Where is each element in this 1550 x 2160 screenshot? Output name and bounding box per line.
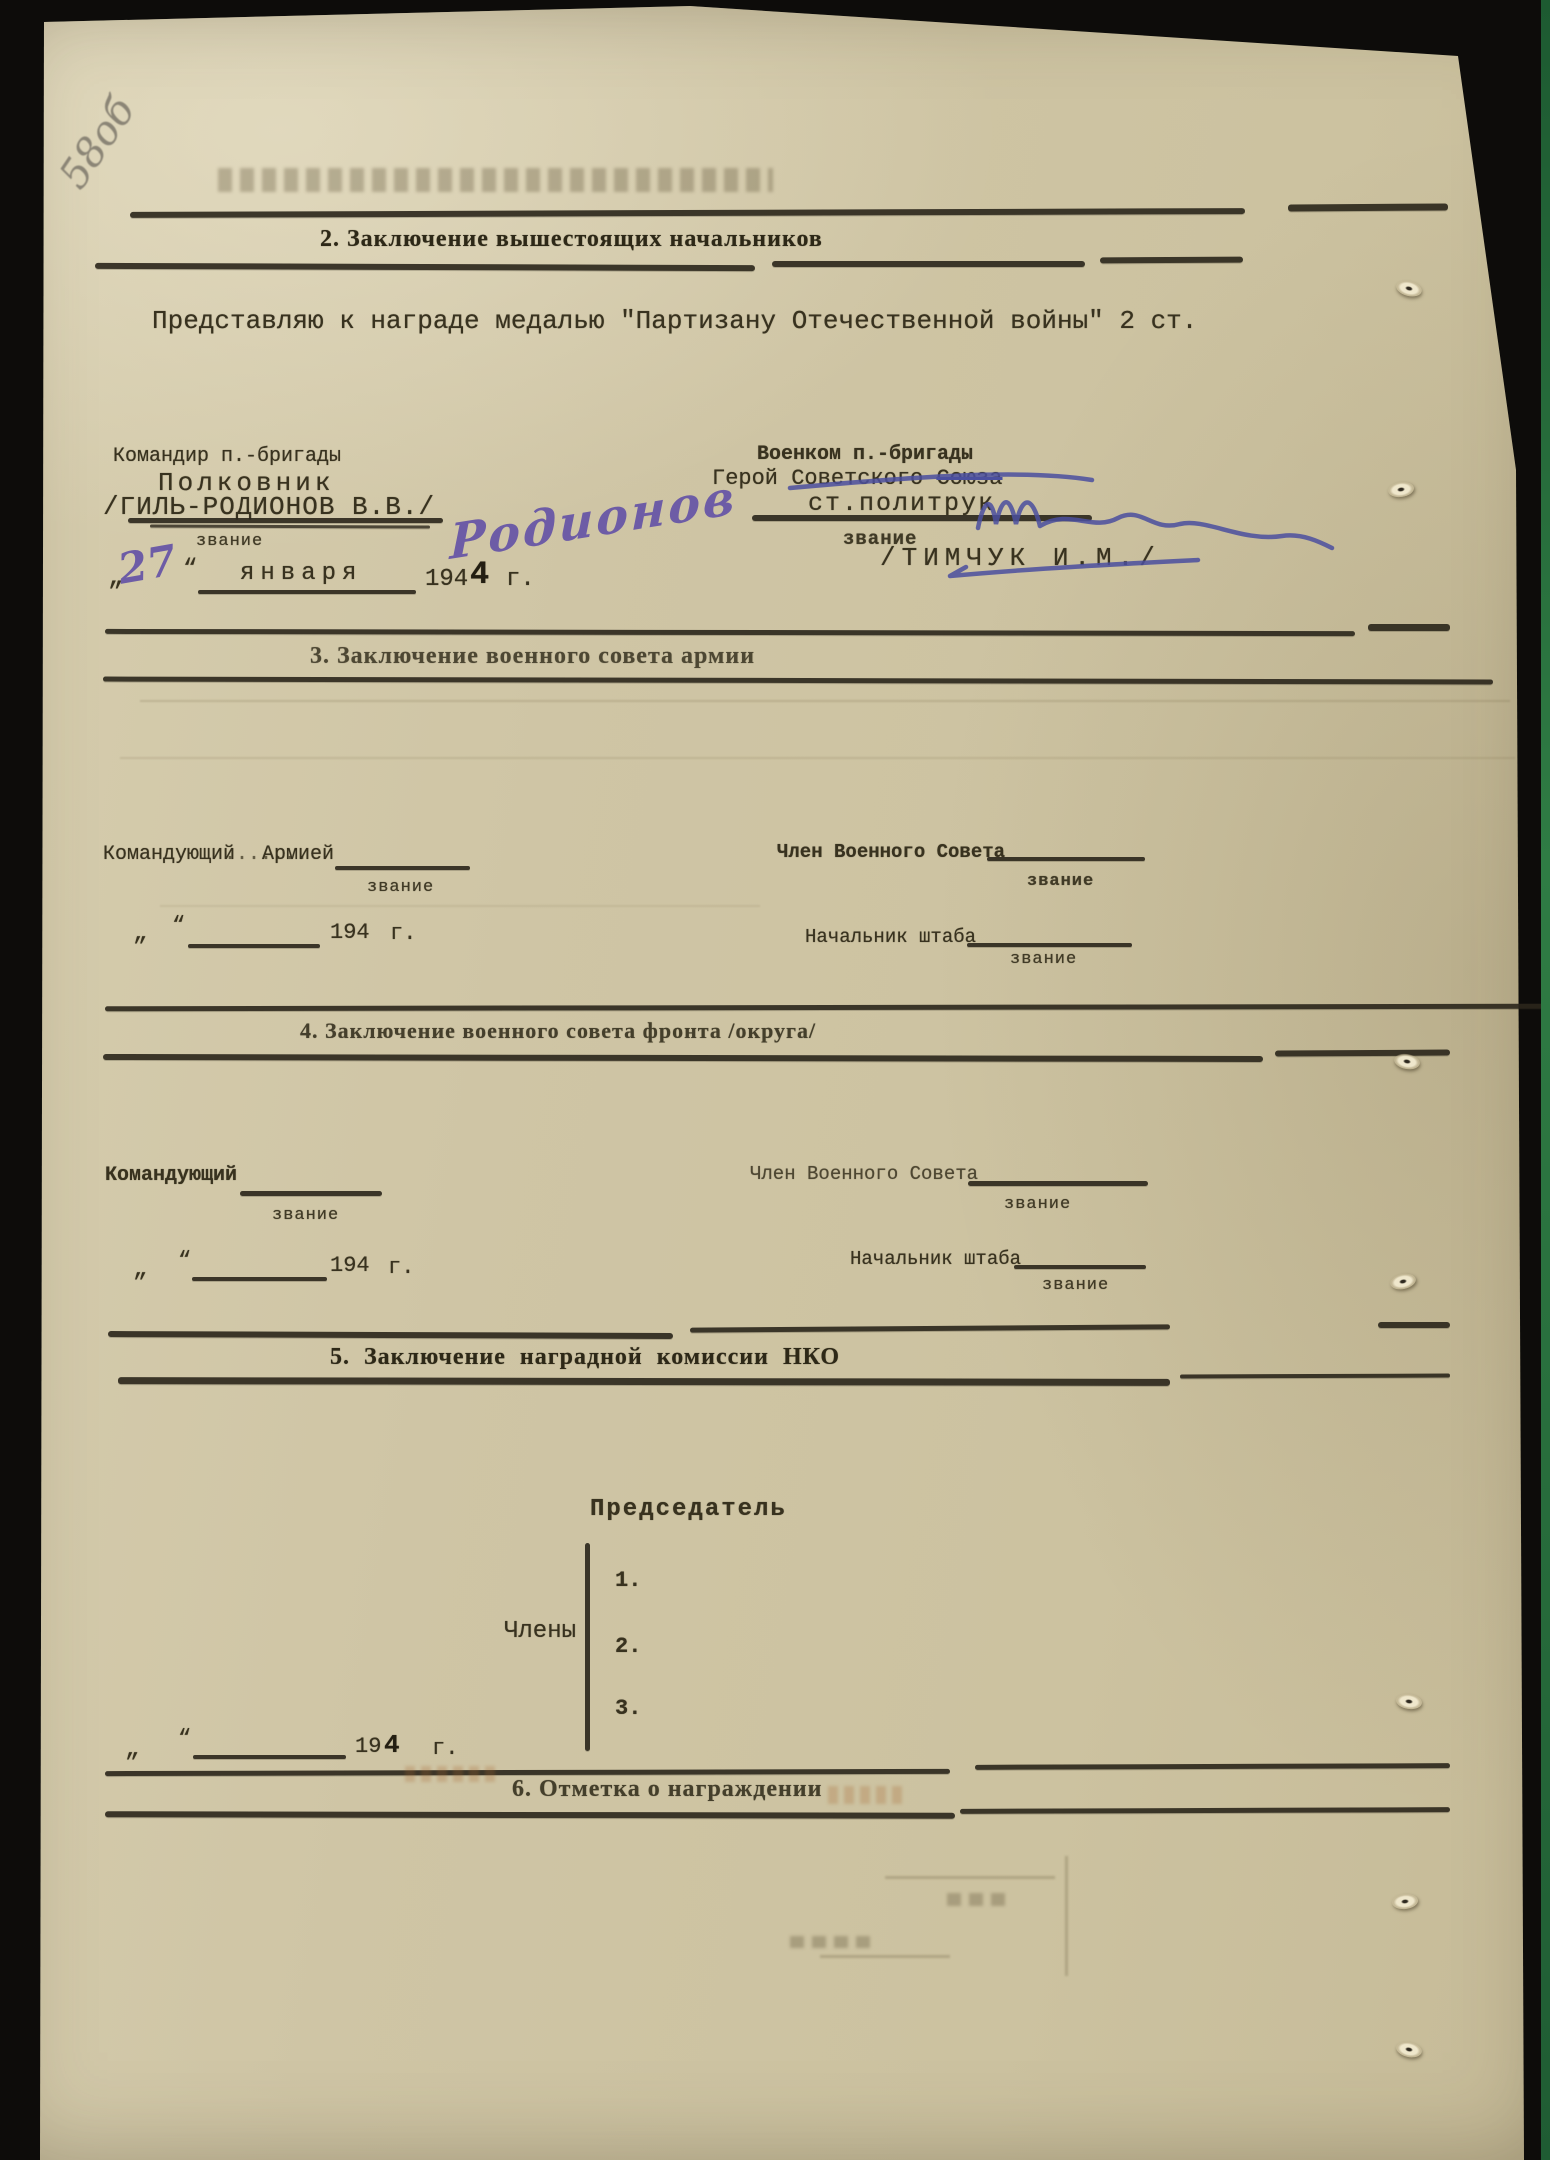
s4-date-year: 194 <box>330 1253 370 1278</box>
section5-rule-top-c <box>1378 1322 1450 1328</box>
commander-role-label: Командир п.-бригады <box>113 445 341 468</box>
s3-chief-underline <box>967 943 1132 947</box>
commander-rank-caption: звание <box>196 532 263 551</box>
s5-member-number-1: 1. <box>615 1568 641 1593</box>
s4-chief-rank-caption: звание <box>1042 1276 1109 1295</box>
section5-title: 5. Заключение наградной комиссии НКО <box>330 1344 840 1371</box>
bleed-line <box>820 1955 950 1958</box>
s3-date-underline <box>188 944 320 948</box>
s4-date-year-suffix: г. <box>388 1255 414 1280</box>
commander-date-year-suffix: г. <box>506 566 535 593</box>
paper-crease <box>140 700 1510 702</box>
commander-date-month: января <box>240 560 362 587</box>
section2-rule-bottom-c <box>1100 257 1243 264</box>
s3-council-rank-caption: звание <box>1027 872 1094 891</box>
bleed-through-stamp-right <box>828 1786 906 1804</box>
s4-date-underline <box>192 1277 327 1281</box>
s4-chief-underline <box>1014 1265 1146 1269</box>
commissar-signature-ink <box>640 440 1360 600</box>
scanned-award-document: 58об 2. Заключение вышестоящих начальник… <box>0 0 1550 2160</box>
s5-date-open-quote: „ <box>125 1736 139 1763</box>
section6-title: 6. Отметка о награждении <box>512 1776 822 1803</box>
s4-council-member-label: Член Военного Совета <box>750 1163 978 1185</box>
s3-commander-label: Командующий <box>103 843 235 866</box>
section3-title: 3. Заключение военного совета армии <box>310 643 755 670</box>
commander-date-day-handwritten: 27 <box>114 535 180 593</box>
s3-army-underline <box>335 866 470 870</box>
s3-council-underline <box>987 857 1145 861</box>
scanner-edge-artifact <box>1541 0 1550 2160</box>
section2-rule-bottom-b <box>772 261 1085 267</box>
s4-council-rank-caption: звание <box>1004 1195 1071 1214</box>
section4-title: 4. Заключение военного совета фронта /ок… <box>300 1018 816 1044</box>
bleed-through-text <box>218 168 773 192</box>
s4-date-close-quote: “ <box>178 1248 191 1273</box>
commander-date-close-quote: “ <box>183 556 197 583</box>
s4-date-open-quote: „ <box>133 1256 147 1283</box>
s3-date-year: 194 <box>330 920 370 945</box>
s5-date-year-prefix: 19 <box>355 1734 381 1759</box>
s5-date-close-quote: “ <box>178 1726 191 1751</box>
s5-date-year-suffix: г. <box>432 1736 458 1761</box>
s5-chairman-label: Председатель <box>590 1496 787 1523</box>
s3-chief-rank-caption: звание <box>1010 950 1077 969</box>
s4-chief-label: Начальник штаба <box>850 1248 1021 1270</box>
s3-chief-label: Начальник штаба <box>805 926 976 948</box>
bleed-line <box>885 1876 1055 1879</box>
s3-council-member-label: Член Военного Совета <box>777 841 1005 863</box>
s3-army-label: Армией <box>262 843 334 866</box>
paper-crease <box>120 757 1515 759</box>
s3-rank-caption: звание <box>367 878 434 897</box>
bleed-smudge <box>790 1936 870 1948</box>
commander-date-year-prefix: 194 <box>425 566 468 593</box>
bleed-smudge <box>947 1893 1013 1906</box>
s4-rank-caption: звание <box>272 1206 339 1225</box>
s5-date-year-digit: 4 <box>384 1730 400 1760</box>
award-statement: Представляю к награде медалью "Партизану… <box>152 306 1197 336</box>
section2-title: 2. Заключение вышестоящих начальников <box>320 226 823 253</box>
section4-rule-bottom-b <box>1275 1050 1450 1057</box>
s5-members-bracket-line <box>585 1543 590 1751</box>
s5-member-number-2: 2. <box>615 1634 641 1659</box>
bleed-vertical-line <box>1065 1856 1068 1976</box>
section2-rule-top-right <box>1288 203 1448 211</box>
s5-members-label: Члены <box>504 1618 576 1645</box>
s4-commander-underline <box>240 1191 382 1196</box>
s4-commander-label: Командующий <box>105 1164 237 1187</box>
s4-council-underline <box>968 1181 1148 1186</box>
s3-date-year-suffix: г. <box>390 921 416 946</box>
paper-crease <box>160 905 760 907</box>
commander-name-underline <box>128 518 443 523</box>
s3-date-open-quote: „ <box>133 920 147 947</box>
s3-date-close-quote: “ <box>172 913 185 938</box>
s5-date-underline <box>193 1755 346 1759</box>
section3-rule-top-right <box>1368 624 1450 631</box>
s5-member-number-3: 3. <box>615 1696 641 1721</box>
commander-date-underline <box>198 590 416 594</box>
bleed-through-stamp-left <box>405 1766 497 1782</box>
